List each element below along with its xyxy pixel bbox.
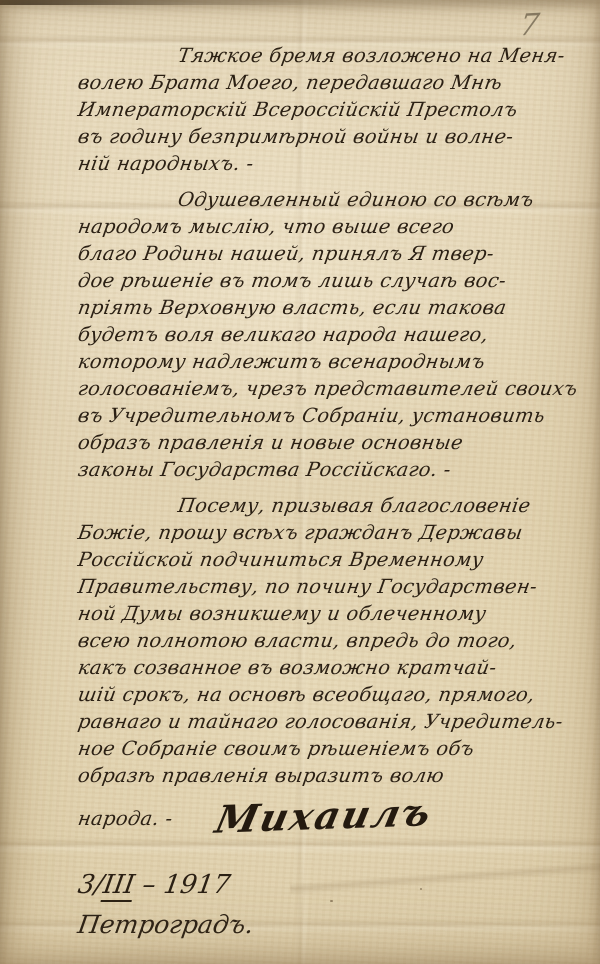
manuscript-line: которому надлежитъ всенароднымъ (76, 348, 600, 375)
manuscript-line: Императорскій Всероссійскій Престолъ (76, 96, 600, 123)
manuscript-line: Посему, призывая благословеніе (76, 492, 600, 519)
place: Петроградъ. (76, 911, 600, 938)
manuscript-line: пріять Верховную власть, если такова (76, 294, 600, 321)
manuscript-line: дое рѣшеніе въ томъ лишь случаѣ вос- (76, 267, 600, 294)
manifesto-text: Тяжкое бремя возложено на Меня- волею Бр… (76, 42, 596, 938)
manuscript-line: ній народныхъ. - (76, 150, 600, 177)
manuscript-line: въ годину безпримѣрной войны и волне- (76, 123, 600, 150)
manuscript-line: народомъ мыслію, что выше всего (76, 213, 600, 240)
manuscript-line: будетъ воля великаго народа нашего, (76, 321, 600, 348)
manuscript-line: голосованіемъ, чрезъ представителей свои… (76, 375, 600, 402)
manuscript-line: законы Государства Россійскаго. - (76, 456, 600, 483)
manuscript-line: шій срокъ, на основѣ всеобщаго, прямого, (76, 681, 600, 708)
manuscript-line: образъ правленія и новые основные (76, 429, 600, 456)
manuscript-line: Тяжкое бремя возложено на Меня- (76, 42, 600, 69)
manuscript-line: Одушевленный единою со всѣмъ (76, 186, 600, 213)
page-number: 7 (518, 8, 542, 44)
scan-edge-shadow (0, 0, 348, 5)
paragraph-2: Одушевленный единою со всѣмъ народомъ мы… (76, 186, 596, 483)
manuscript-line: Россійской подчиниться Временному (76, 546, 600, 573)
manuscript-line: какъ созванное въ возможно кратчай- (76, 654, 600, 681)
manuscript-page: 7 Тяжкое бремя возложено на Меня- волею … (0, 0, 600, 964)
manuscript-line: ное Собраніе своимъ рѣшеніемъ объ (76, 735, 600, 762)
date-block: 3/III – 1917 Петроградъ. (76, 872, 596, 938)
signature-row: народа. - Михаилъ (76, 798, 596, 832)
manuscript-line: волею Брата Моего, передавшаго Мнѣ (76, 69, 600, 96)
manuscript-line: Божіе, прошу всѣхъ гражданъ Державы (76, 519, 600, 546)
manuscript-line: народа. - (76, 805, 175, 832)
manuscript-line: всею полнотою власти, впредь до того, (76, 627, 600, 654)
manuscript-line: образѣ правленія выразитъ волю (76, 762, 600, 789)
date-year: – 1917 (132, 870, 232, 900)
manuscript-line: въ Учредительномъ Собраніи, установить (76, 402, 600, 429)
paragraph-3: Посему, призывая благословеніе Божіе, пр… (76, 492, 596, 789)
manuscript-line: Правительству, по почину Государствен- (76, 573, 600, 600)
manuscript-line: равнаго и тайнаго голосованія, Учредител… (76, 708, 600, 735)
manuscript-line: ной Думы возникшему и облеченному (76, 600, 600, 627)
paragraph-1: Тяжкое бремя возложено на Меня- волею Бр… (76, 42, 596, 177)
manuscript-line: благо Родины нашей, принялъ Я твер- (76, 240, 600, 267)
date: 3/III – 1917 (76, 872, 600, 899)
signature: Михаилъ (214, 798, 436, 832)
